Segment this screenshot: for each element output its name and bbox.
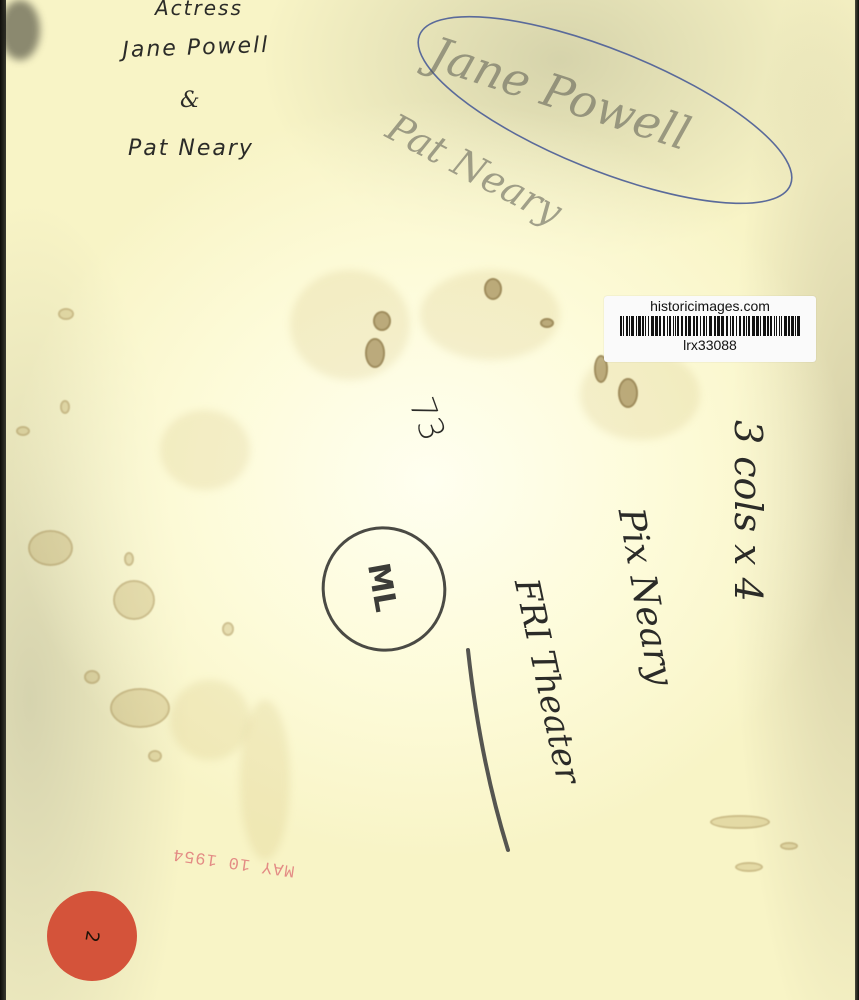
photo-back: Actress Jane Powell & Pat Neary Jane Pow…	[0, 0, 859, 1000]
red-sticker: 2	[47, 891, 137, 981]
sticker-number: 2	[81, 929, 104, 944]
pencil-stroke	[0, 0, 859, 1000]
